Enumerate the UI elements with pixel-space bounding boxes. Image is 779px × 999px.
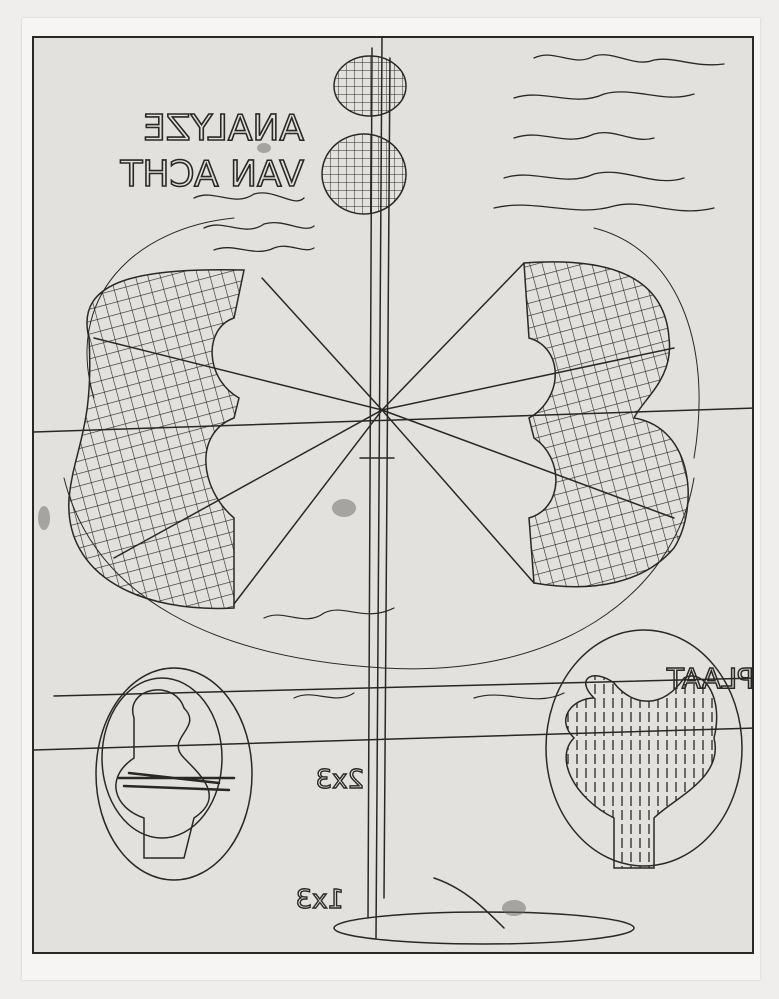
etched-plate: ANALYZE VAN ACHT PLAAT 2x3 1x3 (32, 36, 754, 954)
etching-drawing: ANALYZE VAN ACHT PLAAT 2x3 1x3 (34, 38, 754, 954)
title-text-mirrored: ANALYZE VAN ACHT (119, 108, 304, 195)
svg-text:1x3: 1x3 (296, 885, 344, 915)
svg-text:PLAAT: PLAAT (666, 662, 754, 695)
svg-text:2x3: 2x3 (316, 765, 364, 795)
svg-text:ANALYZE: ANALYZE (143, 108, 304, 149)
top-circle-upper (334, 56, 406, 116)
svg-text:VAN ACHT: VAN ACHT (119, 154, 304, 195)
